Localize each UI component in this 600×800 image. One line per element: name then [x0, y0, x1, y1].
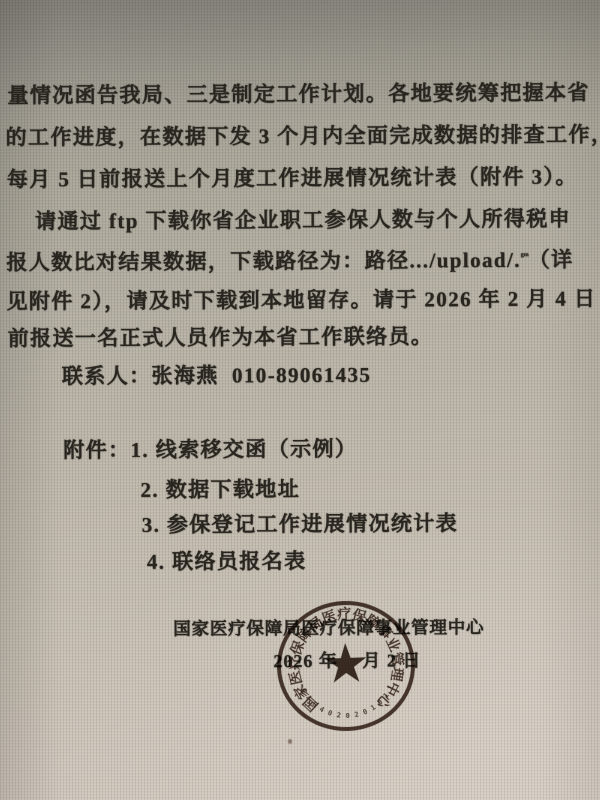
seal-star-icon: ★ — [321, 636, 371, 692]
body-line: 每月 5 日前报送上个月度工作进展情况统计表（附件 3）。 — [7, 165, 578, 193]
attachment-item: 3. 参保登记工作进展情况统计表 — [142, 511, 459, 538]
attachment-list-first-row: 附件：1. 线索移交函（示例） — [63, 437, 357, 464]
ink-speck — [288, 739, 292, 744]
body-line: 前报送一名正式人员作为本省工作联络员。 — [8, 324, 434, 351]
body-line: 量情况函告我局、三是制定工作计划。各地要统筹把握本省 — [7, 80, 590, 108]
contact-line: 联系人：张海燕 010-89061435 — [62, 363, 372, 390]
attachment-item: 2. 数据下载地址 — [140, 477, 300, 503]
body-line-text: 报人数比对结果数据，下载路径为：路径.../upload/. — [6, 248, 521, 275]
body-line: 请通过 ftp 下载你省企业职工参保人数与个人所得税申 — [35, 207, 571, 235]
attachment-item: 4. 联络员报名表 — [147, 549, 307, 575]
attachment-item: 1. 线索移交函（示例） — [130, 437, 357, 462]
body-line: 的工作进度，在数据下发 3 个月内全面完成数据的排查工作， — [6, 122, 600, 150]
official-seal: ★ 国家医疗保障局医疗保障事业管理中心 1101020204640 — [275, 599, 417, 734]
body-line-text: （详 — [529, 248, 574, 272]
body-line: 见附件 2），请及时下载到本地留存。请于 2026 年 2 月 4 日 — [6, 286, 596, 314]
document-photo: 量情况函告我局、三是制定工作计划。各地要统筹把握本省 的工作进度，在数据下发 3… — [0, 0, 600, 800]
body-line: 报人数比对结果数据，下载路径为：路径.../upload/.ᵍᵐ（详 — [6, 248, 573, 276]
attachments-label: 附件： — [63, 438, 130, 462]
